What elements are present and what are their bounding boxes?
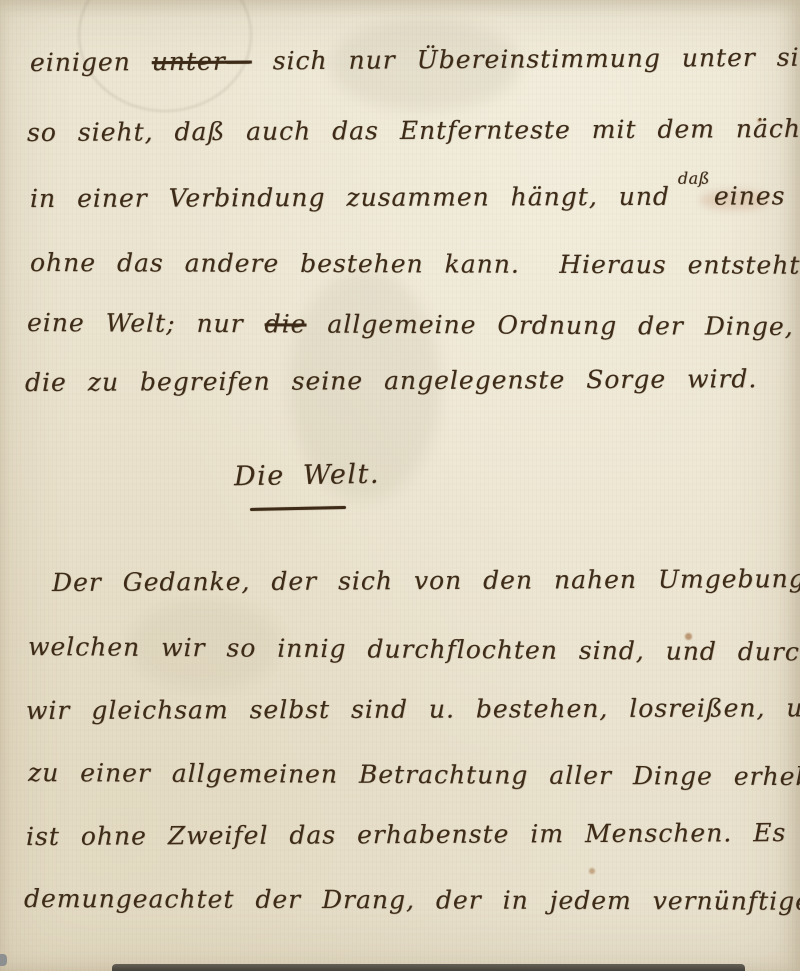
handwritten-line: einigen unter— sich nur Übereinstimmung … [30, 42, 800, 77]
handwritten-line: ist ohne Zweifel das erhabenste im Mensc… [26, 818, 800, 851]
handwritten-line: die zu begreifen seine angelegenste Sorg… [25, 364, 757, 397]
handwritten-line: demungeachtet der Drang, der in jedem ve… [24, 884, 800, 916]
line-text: ohne das andere bestehen kann. Hieraus e… [30, 248, 800, 280]
handwritten-line: so sieht, daß auch das Entfernteste mit … [27, 114, 800, 147]
line-text: so sieht, daß auch das Entfernteste mit … [27, 114, 800, 147]
line-text: in einer Verbindung zusammen hängt, und [30, 182, 670, 213]
heading-underline [250, 506, 346, 511]
line-text: wir gleichsam selbst sind u. bestehen, l… [26, 693, 800, 725]
interlinear-insertion: daß [678, 169, 710, 188]
line-text: zu einer allgemeinen Betrachtung aller D… [28, 758, 800, 792]
handwritten-line: welchen wir so innig durchflochten sind,… [28, 632, 800, 667]
strikethrough-word: die [265, 309, 307, 338]
line-text: sich nur Übereinstimmung unter sich. [252, 42, 800, 75]
line-text: eines nicht [714, 181, 800, 211]
foxing-spot [589, 868, 595, 874]
scan-edge-bar [112, 964, 745, 971]
line-text: eine Welt; nur [27, 308, 265, 338]
scan-edge-mark [0, 954, 7, 966]
line-text: allgemeine Ordnung der Dinge, [306, 309, 793, 341]
handwritten-line: ohne das andere bestehen kann. Hieraus e… [30, 248, 800, 280]
strikethrough-word: unter— [152, 46, 252, 76]
line-text: einigen [30, 47, 152, 77]
handwritten-line: wir gleichsam selbst sind u. bestehen, l… [26, 693, 800, 725]
handwritten-line: in einer Verbindung zusammen hängt, undd… [30, 181, 800, 213]
handwritten-line: Der Gedanke, der sich von den nahen Umge… [52, 563, 800, 597]
line-text: Der Gedanke, der sich von den nahen Umge… [52, 563, 800, 597]
handwritten-line: zu einer allgemeinen Betrachtung aller D… [28, 758, 800, 792]
section-heading: Die Welt. [234, 459, 380, 493]
line-text: ist ohne Zweifel das erhabenste im Mensc… [26, 818, 800, 851]
manuscript-page: einigen unter— sich nur Übereinstimmung … [0, 0, 800, 971]
line-text: welchen wir so innig durchflochten sind,… [28, 632, 800, 667]
line-text: demungeachtet der Drang, der in jedem ve… [24, 884, 800, 916]
handwritten-line: eine Welt; nur die allgemeine Ordnung de… [27, 308, 794, 341]
line-text: die zu begreifen seine angelegenste Sorg… [25, 364, 757, 397]
